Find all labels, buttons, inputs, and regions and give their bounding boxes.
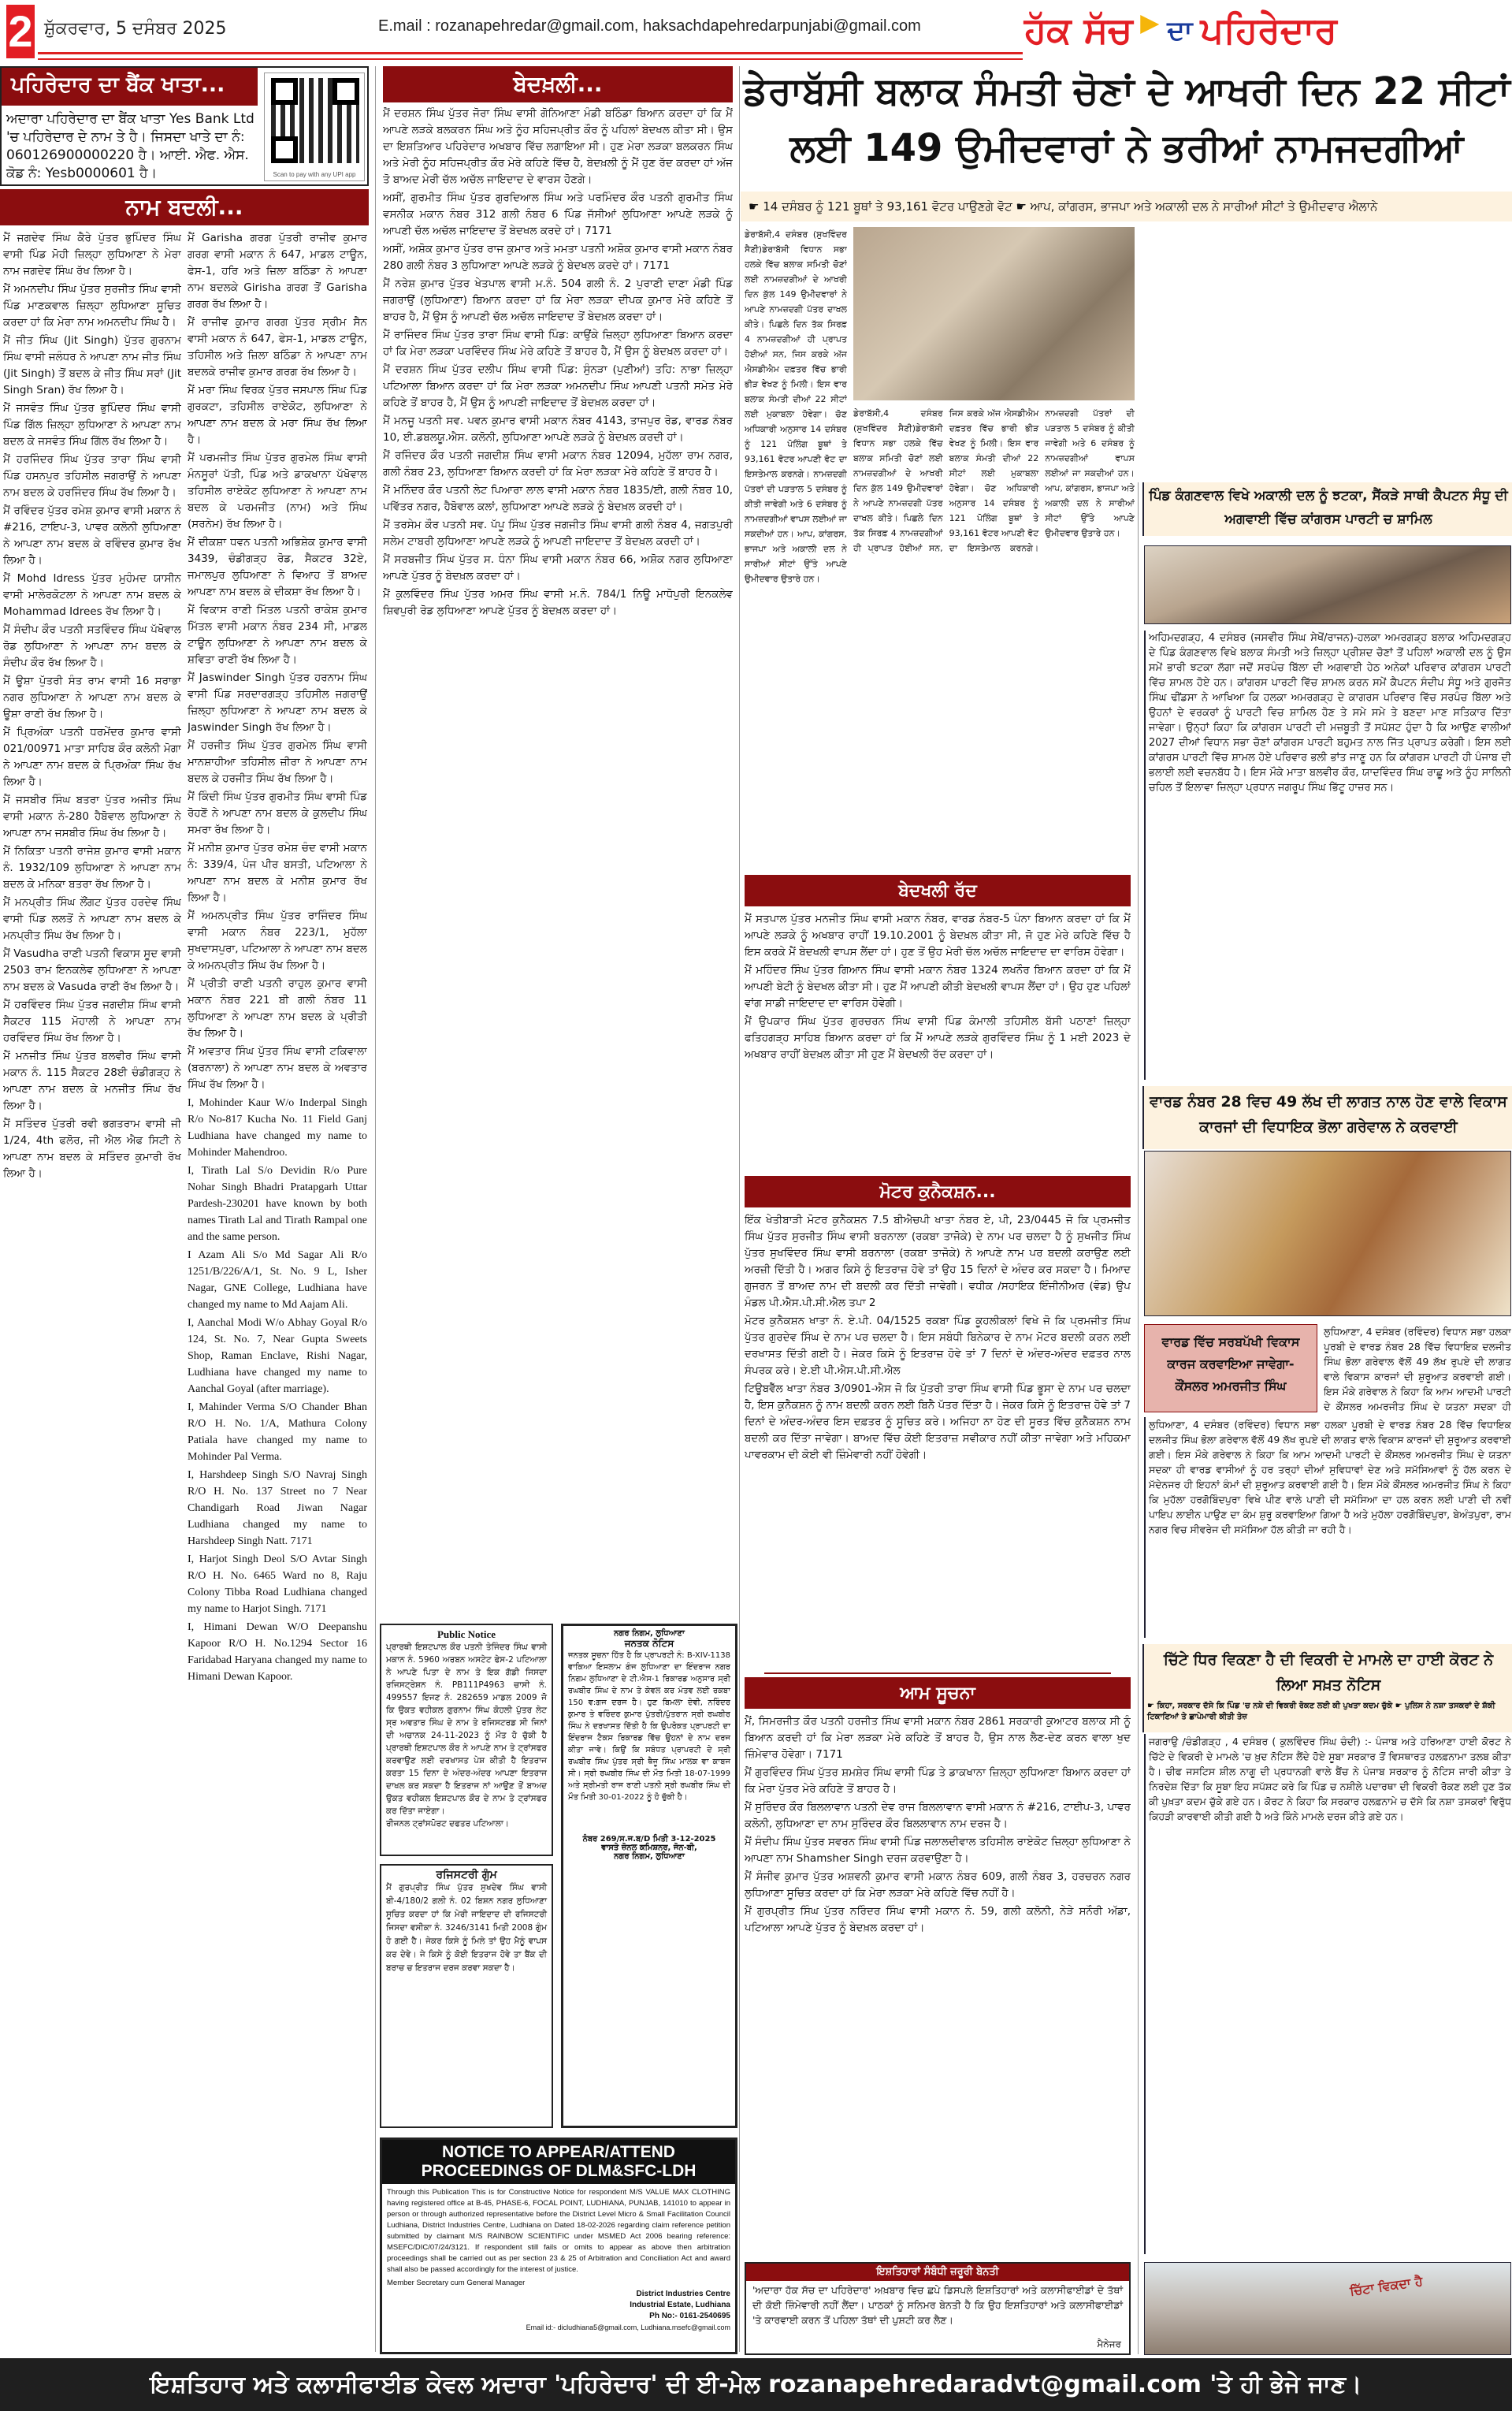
list-item: ਮੋਟਰ ਕੁਨੈਕਸ਼ਨ ਖਾਤਾ ਨੰ. ਏ.ਪੀ. 04/1525 ਰਕਬ… bbox=[745, 1313, 1131, 1379]
qr-corner-icon bbox=[271, 136, 298, 163]
list-item: ਮੈਂ ਜੀਤ ਸਿੰਘ (Jit Singh) ਪੁੱਤਰ ਗੁਰਨਾਮ ਸਿ… bbox=[3, 333, 181, 399]
dic-notice: NOTICE TO APPEAR/ATTEND PROCEEDINGS OF D… bbox=[380, 2138, 737, 2354]
list-item: ਮੈਂ ਪ੍ਰੀਤੀ ਰਾਣੀ ਪਤਨੀ ਰਾਹੁਲ ਕੁਮਾਰ ਵਾਸੀ ਮਕ… bbox=[188, 976, 367, 1042]
list-item: ਮੈਂ Vasudha ਰਾਣੀ ਪਤਨੀ ਵਿਕਾਸ ਸੂਦ ਵਾਸੀ 250… bbox=[3, 946, 181, 995]
registry-lost-notice: ਰਜਿਸਟਰੀ ਗੁੰਮ ਮੈਂ ਗੁਰਪ੍ਰੀਤ ਸਿੰਘ ਪੁੱਤਰ ਸੁਖ… bbox=[380, 1864, 553, 2128]
masthead-logo: ਹੱਕ ਸੱਚ ਦਾ ਪਹਿਰੇਦਾਰ bbox=[1024, 6, 1505, 55]
registry-lost-body: ਮੈਂ ਗੁਰਪ੍ਰੀਤ ਸਿੰਘ ਪੁੱਤਰ ਸੁਖਦੇਵ ਸਿੰਘ ਵਾਸੀ… bbox=[386, 1881, 547, 1975]
lead-story-strap: ☛ 14 ਦਸੰਬਰ ਨੂੰ 121 ਬੂਥਾਂ ਤੇ 93,161 ਵੋਟਰ … bbox=[741, 192, 1512, 221]
lead-story-headline: ਡੇਰਾਬੱਸੀ ਬਲਾਕ ਸੰਮਤੀ ਚੋਣਾਂ ਦੇ ਆਖਰੀ ਦਿਨ 22… bbox=[741, 63, 1512, 177]
list-item-english: I, Mohinder Kaur W/o Inderpal Singh R/o … bbox=[188, 1095, 367, 1161]
qr-caption: Scan to pay with any UPI app bbox=[265, 171, 364, 178]
story2-headline: ਵਾਰਡ ਨੰਬਰ 28 ਵਿਚ 49 ਲੱਖ ਦੀ ਲਾਗਤ ਨਾਲ ਹੋਣ … bbox=[1144, 1086, 1512, 1143]
upi-qr-code[interactable]: Scan to pay with any UPI app bbox=[264, 73, 365, 181]
list-item: ਮੈਂ ਮਹਿੰਦਰ ਸਿੰਘ ਪੁੱਤਰ ਗਿਆਨ ਸਿੰਘ ਵਾਸੀ ਮਕਾ… bbox=[745, 962, 1131, 1012]
cancel-eviction-title: ਬੇਦਖਲੀ ਰੱਦ bbox=[745, 875, 1131, 906]
logo-text-3: ਪਹਿਰੇਦਾਰ bbox=[1201, 9, 1337, 53]
divider bbox=[764, 1672, 1111, 1674]
bank-account-box: ਪਹਿਰੇਦਾਰ ਦਾ ਬੈਂਕ ਖਾਤਾ... ਅਦਾਰਾ ਪਹਿਰੇਦਾਰ … bbox=[0, 66, 369, 186]
list-item: ਮੈਂ ਗੁਰਪ੍ਰੀਤ ਸਿੰਘ ਪੁੱਤਰ ਨਰਿੰਦਰ ਸਿੰਘ ਵਾਸੀ… bbox=[745, 1903, 1131, 1937]
general-notice-title: ਆਮ ਸੂਚਨਾ bbox=[745, 1677, 1131, 1709]
list-item: ਮੈਂ ਹਰਵਿੰਦਰ ਸਿੰਘ ਪੁੱਤਰ ਜਗਦੀਸ਼ ਸਿੰਘ ਵਾਸੀ … bbox=[3, 997, 181, 1047]
list-item-english: I Azam Ali S/o Md Sagar Ali R/o 1251/B/2… bbox=[188, 1247, 367, 1313]
bank-box-body: ਅਦਾਰਾ ਪਹਿਰੇਦਾਰ ਦਾ ਬੈਂਕ ਖਾਤਾ Yes Bank Ltd… bbox=[6, 110, 255, 183]
list-item: ਮੈਂ ਸੁਰਿੰਦਰ ਕੌਰ ਬਿਲਲਾਵਾਨ ਪਤਨੀ ਦੇਵ ਰਾਜ ਬਿ… bbox=[745, 1799, 1131, 1832]
eviction-list: ਮੈਂ ਦਰਸ਼ਨ ਸਿੰਘ ਪੁੱਤਰ ਜੋਰਾ ਸਿੰਘ ਵਾਸੀ ਗੋਨਿ… bbox=[383, 106, 733, 1611]
list-item: ਮੈਂ ਊਸ਼ਾ ਪੁੱਤਰੀ ਸੰਤ ਰਾਮ ਵਾਸੀ 16 ਸਰਾਭਾ ਨਗ… bbox=[3, 673, 181, 723]
story2-callout: ਵਾਰਡ ਵਿੱਚ ਸਰਬਪੱਖੀ ਵਿਕਾਸ ਕਾਰਜ ਕਰਵਾਇਆ ਜਾਵੇ… bbox=[1144, 1324, 1317, 1412]
disclaimer-sign: ਮੈਨੇਜਰ bbox=[1097, 2338, 1121, 2350]
dic-notice-title: NOTICE TO APPEAR/ATTEND PROCEEDINGS OF D… bbox=[382, 2140, 735, 2184]
dic-org-1: District Industries Centre bbox=[387, 2289, 730, 2300]
story3-strap: ☛ ਕਿਹਾ, ਸਰਕਾਰ ਦੱਸੇ ਕਿ ਪਿੰਡ 'ਚ ਨਸ਼ੇ ਦੀ ਵਿ… bbox=[1144, 1701, 1512, 1723]
list-item: ਮੈਂ ਨਰੇਸ਼ ਕੁਮਾਰ ਪੁੱਤਰ ਖੇਤਪਾਲ ਵਾਸੀ ਮ.ਨੰ. … bbox=[383, 276, 733, 326]
list-item: ਮੈਂ, ਸਿਮਰਜੀਤ ਕੌਰ ਪਤਨੀ ਹਰਜੀਤ ਸਿੰਘ ਵਾਸੀ ਮਕ… bbox=[745, 1713, 1131, 1763]
headline-line-1: ਡੇਰਾਬੱਸੀ ਬਲਾਕ ਸੰਮਤੀ ਚੋਣਾਂ ਦੇ ਆਖਰੀ ਦਿਨ 22… bbox=[741, 63, 1512, 120]
header-rule bbox=[38, 52, 1023, 60]
public-notice-title: Public Notice bbox=[386, 1628, 547, 1641]
dic-org-2: Industrial Estate, Ludhiana bbox=[387, 2300, 730, 2311]
disclaimer-title: ਇਸ਼ਤਿਹਾਰਾਂ ਸੰਬੰਧੀ ਜ਼ਰੂਰੀ ਬੇਨਤੀ bbox=[746, 2264, 1129, 2281]
public-notice-signature: ਰੀਜਨਲ ਟ੍ਰਾਂਸਪੋਰਟ ਦਫਤਰ ਪਟਿਆਲਾ। bbox=[386, 1818, 547, 1830]
list-item: ਮੈਂ Jaswinder Singh ਪੁੱਤਰ ਹਰਨਾਮ ਸਿੰਘ ਵਾਸ… bbox=[188, 670, 367, 736]
lead-story-body-cont: ਡੇਰਾਬੱਸੀ,4 ਦਸੰਬਰ (ਸੁਖਵਿੰਦਰ ਸੈਣੀ)ਡੇਰਾਬੱਸੀ… bbox=[853, 406, 1135, 871]
story2-body: ਲੁਧਿਆਣਾ, 4 ਦਸੰਬਰ (ਰਵਿੰਦਰ) ਵਿਧਾਨ ਸਭਾ ਹਲਕਾ… bbox=[1324, 1324, 1511, 1412]
list-item: ਮੈਂ ਸੰਦੀਪ ਕੌਰ ਪਤਨੀ ਸਤਵਿੰਦਰ ਸਿੰਘ ਪੱਖੋਵਾਲ … bbox=[3, 622, 181, 672]
list-item: ਮੈਂ ਹਰਜਿੰਦਰ ਸਿੰਘ ਪੁੱਤਰ ਤਾਰਾ ਸਿੰਘ ਵਾਸੀ ਪਿ… bbox=[3, 452, 181, 501]
disclaimer-body: 'ਅਦਾਰਾ ਹੱਕ ਸੱਚ ਦਾ ਪਹਿਰੇਦਾਰ' ਅਖ਼ਬਾਰ ਵਿਚ ਛ… bbox=[746, 2281, 1129, 2329]
list-item: ਮੈਂ ਪ੍ਰਿਅੰਕਾ ਪਤਨੀ ਧਰਮੇਂਦਰ ਕੁਮਾਰ ਵਾਸੀ 021… bbox=[3, 724, 181, 791]
list-item-english: I, Himani Dewan W/O Deepanshu Kapoor R/O… bbox=[188, 1619, 367, 1685]
dic-notice-address: District Industries Centre Industrial Es… bbox=[382, 2287, 735, 2335]
story3-body: ਜਗਰਾਉ /ਚੰਡੀਗੜ੍ਹ , 4 ਦਸੰਬਰ ( ਕੁਲਵਿੰਦਰ ਸਿੰ… bbox=[1144, 1734, 1511, 2254]
list-item: ਮੈਂ ਜਗਦੇਵ ਸਿੰਘ ਕੈਰੇ ਪੁੱਤਰ ਭੁਪਿੰਦਰ ਸਿੰਘ ਵ… bbox=[3, 230, 181, 280]
public-notice-vehicle: Public Notice ਪ੍ਰਾਰਥੀ ਇਸ਼ਟਪਾਲ ਕੌਰ ਪਤਨੀ ਤ… bbox=[380, 1624, 553, 1856]
mc-notice-sign-1: ਵਾਸਤੇ ਜ਼ੋਨਲ ਕਮਿਸ਼ਨਰ, ਜੋਨ-ਬੀ, bbox=[568, 1844, 730, 1852]
list-item: ਮੈਂ ਦਰਸ਼ਨ ਸਿੰਘ ਪੁੱਤਰ ਦਲੀਪ ਸਿੰਘ ਵਾਸੀ ਪਿੰਡ… bbox=[383, 362, 733, 411]
page-number: 2 bbox=[6, 5, 35, 58]
list-item: ਮੈਂ ਰਾਜਿੰਦਰ ਸਿੰਘ ਪੁੱਤਰ ਤਾਰਾ ਸਿੰਘ ਵਾਸੀ ਪਿ… bbox=[383, 327, 733, 360]
list-item: ਮੈਂ ਕੁਲਵਿੰਦਰ ਸਿੰਘ ਪੁੱਤਰ ਅਮਰ ਸਿੰਘ ਵਾਸੀ ਮ.… bbox=[383, 586, 733, 619]
list-item: ਮੈਂ Mohd Idress ਪੁੱਤਰ ਮੁਹੰਮਦ ਯਾਸੀਨ ਵਾਸੀ … bbox=[3, 571, 181, 620]
list-item: ਮੈਂ ਅਮਨਪ੍ਰੀਤ ਸਿੰਘ ਪੁੱਤਰ ਰਾਜਿੰਦਰ ਸਿੰਘ ਵਾਸ… bbox=[188, 908, 367, 974]
list-item-english: I, Aanchal Modi W/o Abhay Goyal R/o 124,… bbox=[188, 1315, 367, 1397]
name-change-column-1: ਮੈਂ ਜਗਦੇਵ ਸਿੰਘ ਕੈਰੇ ਪੁੱਤਰ ਭੁਪਿੰਦਰ ਸਿੰਘ ਵ… bbox=[3, 230, 181, 2350]
mc-notice-title: ਜਨਤਕ ਨੋਟਿਸ bbox=[568, 1638, 730, 1650]
list-item: ਮੈਂ ਜਸਬੀਰ ਸਿੰਘ ਬਤਰਾ ਪੁੱਤਰ ਅਜੀਤ ਸਿੰਘ ਵਾਸੀ… bbox=[3, 792, 181, 842]
list-item: ਮੈਂ ਸੰਜੀਵ ਕੁਮਾਰ ਪੁੱਤਰ ਅਸ਼ਵਨੀ ਕੁਮਾਰ ਵਾਸੀ … bbox=[745, 1869, 1131, 1902]
column-rule bbox=[739, 66, 740, 2352]
lead-story-body: ਡੇਰਾਬੱਸੀ,4 ਦਸੰਬਰ (ਸੁਖਵਿੰਦਰ ਸੈਣੀ)ਡੇਰਾਬੱਸੀ… bbox=[745, 227, 847, 873]
bank-box-title: ਪਹਿਰੇਦਾਰ ਦਾ ਬੈਂਕ ਖਾਤਾ... bbox=[2, 68, 258, 106]
mc-notice-sign-2: ਨਗਰ ਨਿਗਮ, ਲੁਧਿਆਣਾ bbox=[568, 1852, 730, 1861]
list-item: ਮੈਂ ਨਿਕਿਤਾ ਪਤਨੀ ਰਾਜੇਸ਼ ਕੁਮਾਰ ਵਾਸੀ ਮਕਾਨ ਨ… bbox=[3, 843, 181, 893]
mc-public-notice: ਨਗਰ ਨਿਗਮ, ਲੁਧਿਆਣਾ ਜਨਤਕ ਨੋਟਿਸ ਜਨਤਕ ਸੂਚਨਾ … bbox=[561, 1624, 737, 2128]
eviction-title: ਬੇਦਖ਼ਲੀ... bbox=[383, 66, 733, 102]
list-item: ਮੈਂ ਮਨਪ੍ਰੀਤ ਸਿੰਘ ਲੌਂਗਟ ਪੁੱਤਰ ਹਰਦੇਵ ਸਿੰਘ … bbox=[3, 895, 181, 944]
name-change-title: ਨਾਮ ਬਦਲੀ... bbox=[0, 189, 369, 225]
list-item: ਟਿਊਬਵੈੱਲ ਖਾਤਾ ਨੰਬਰ 3/0901-ਐਸ ਜੋ ਕਿ ਪੁੱਤਰ… bbox=[745, 1381, 1131, 1464]
dic-phone: Ph No:- 0161-2540695 bbox=[387, 2311, 730, 2322]
story2-callout-text: ਵਾਰਡ ਵਿੱਚ ਸਰਬਪੱਖੀ ਵਿਕਾਸ ਕਾਰਜ ਕਰਵਾਇਆ ਜਾਵੇ… bbox=[1151, 1331, 1310, 1397]
list-item-english: I, Tirath Lal S/o Devidin R/o Pure Nohar… bbox=[188, 1163, 367, 1245]
list-item: ਮੈਂ ਮਨੀਸ਼ ਕੁਮਾਰ ਪੁੱਤਰ ਰਮੇਸ਼ ਚੰਦ ਵਾਸੀ ਮਕਾ… bbox=[188, 840, 367, 906]
list-item: ਮੈਂ ਰਜਿੰਦਰ ਕੌਰ ਪਤਨੀ ਜਗਦੀਸ਼ ਸਿੰਘ ਵਾਸੀ ਮਕਾ… bbox=[383, 448, 733, 481]
motor-connection-list: ਇੱਕ ਖੇਤੀਬਾੜੀ ਮੋਟਰ ਕੁਨੈਕਸ਼ਨ 7.5 ਬੀਐਚਪੀ ਖਾ… bbox=[745, 1212, 1131, 1669]
list-item: ਮੈਂ ਅਮਨਦੀਪ ਸਿੰਘ ਪੁੱਤਰ ਸੁਰਜੀਤ ਸਿੰਘ ਵਾਸੀ ਪ… bbox=[3, 281, 181, 331]
qr-corner-icon bbox=[332, 78, 359, 105]
list-item: ਮੈਂ ਮਨਜੂ ਪਤਨੀ ਸਵ. ਪਵਨ ਕੁਮਾਰ ਵਾਸੀ ਮਕਾਨ ਨੰ… bbox=[383, 413, 733, 446]
list-item: ਮੈਂ ਸਤਿੰਦਰ ਪੁੱਤਰੀ ਰਵੀ ਭਗਤਰਾਮ ਵਾਸੀ ਜੀ 1/2… bbox=[3, 1116, 181, 1182]
list-item: ਇੱਕ ਖੇਤੀਬਾੜੀ ਮੋਟਰ ਕੁਨੈਕਸ਼ਨ 7.5 ਬੀਐਚਪੀ ਖਾ… bbox=[745, 1212, 1131, 1312]
column-rule bbox=[1138, 482, 1139, 2354]
story3-photo: ਚਿੱਟਾ ਵਿਕਦਾ ਹੈ bbox=[1144, 2262, 1511, 2355]
column-rule bbox=[375, 66, 376, 2352]
cancel-eviction-list: ਮੈਂ ਸਤਪਾਲ ਪੁੱਤਰ ਮਨਜੀਤ ਸਿੰਘ ਵਾਸੀ ਮਕਾਨ ਨੰਬ… bbox=[745, 911, 1131, 1171]
headline-line-2: ਲਈ 149 ਉਮੀਦਵਾਰਾਂ ਨੇ ਭਰੀਆਂ ਨਾਮਜਦਗੀਆਂ bbox=[741, 120, 1512, 177]
qr-corner-icon bbox=[271, 78, 298, 105]
ad-disclaimer-box: ਇਸ਼ਤਿਹਾਰਾਂ ਸੰਬੰਧੀ ਜ਼ਰੂਰੀ ਬੇਨਤੀ 'ਅਦਾਰਾ ਹੱ… bbox=[745, 2262, 1131, 2355]
registry-lost-title: ਰਜਿਸਟਰੀ ਗੁੰਮ bbox=[386, 1869, 547, 1881]
footer-banner: ਇਸ਼ਤਿਹਾਰ ਅਤੇ ਕਲਾਸੀਫਾਈਡ ਕੇਵਲ ਅਦਾਰਾ 'ਪਹਿਰੇ… bbox=[0, 2358, 1512, 2411]
story1-headline: ਪਿੰਡ ਕੰਗਣਵਾਲ ਵਿਖੇ ਅਕਾਲੀ ਦਲ ਨੂੰ ਝਟਕਾ, ਸੈਂ… bbox=[1144, 482, 1512, 533]
list-item: ਅਸੀਂ, ਗੁਰਮੀਤ ਸਿੰਘ ਪੁੱਤਰ ਗੁਰਦਿਆਲ ਸਿੰਘ ਅਤੇ… bbox=[383, 190, 733, 240]
story2-photo bbox=[1144, 1151, 1511, 1316]
list-item: ਮੈਂ ਕਿੰਦੀ ਸਿੰਘ ਪੁੱਤਰ ਗੁਰਮੀਤ ਸਿੰਘ ਵਾਸੀ ਪਿ… bbox=[188, 789, 367, 839]
story3-headline-box: ਚਿੱਟੇ ਧਿਰ ਵਿਕਣਾ ਹੈ ਦੀ ਵਿਕਰੀ ਦੇ ਮਾਮਲੇ ਦਾ … bbox=[1142, 1644, 1512, 1732]
story1-headline-box: ਪਿੰਡ ਕੰਗਣਵਾਲ ਵਿਖੇ ਅਕਾਲੀ ਦਲ ਨੂੰ ਝਟਕਾ, ਸੈਂ… bbox=[1142, 482, 1512, 536]
name-change-column-2: ਮੈਂ Garisha ਗਰਗ ਪੁੱਤਰੀ ਰਾਜੀਵ ਕੁਮਾਰ ਗਰਗ ਵ… bbox=[188, 230, 367, 2350]
list-item: ਮੈਂ ਵਿਕਾਸ ਰਾਣੀ ਮਿੱਤਲ ਪਤਨੀ ਰਾਕੇਸ਼ ਕੁਮਾਰ ਮ… bbox=[188, 602, 367, 668]
list-item: ਮੈਂ ਗੁਰਵਿੰਦਰ ਸਿੰਘ ਪੁੱਤਰ ਸ਼ਮਸ਼ੇਰ ਸਿੰਘ ਵਾਸ… bbox=[745, 1765, 1131, 1798]
dic-email: Email id:- dicludhiana5@gmail.com, Ludhi… bbox=[387, 2322, 730, 2333]
list-item-english: I, Mahinder Verma S/O Chander Bhan R/O H… bbox=[188, 1399, 367, 1465]
story3-headline: ਚਿੱਟੇ ਧਿਰ ਵਿਕਣਾ ਹੈ ਦੀ ਵਿਕਰੀ ਦੇ ਮਾਮਲੇ ਦਾ … bbox=[1144, 1644, 1512, 1701]
list-item: ਮੈਂ ਜਸਵੰਤ ਸਿੰਘ ਪੁੱਤਰ ਭੁਪਿੰਦਰ ਸਿੰਘ ਵਾਸੀ ਪ… bbox=[3, 400, 181, 450]
list-item: ਮੈਂ ਦੀਕਸ਼ਾ ਧਵਨ ਪਤਨੀ ਅਭਿਸ਼ੇਕ ਕੁਮਾਰ ਵਾਸੀ 3… bbox=[188, 534, 367, 601]
public-notice-body: ਪ੍ਰਾਰਥੀ ਇਸ਼ਟਪਾਲ ਕੌਰ ਪਤਨੀ ਤੇਜਿੰਦਰ ਸਿੰਘ ਵਾ… bbox=[386, 1641, 547, 1818]
list-item: ਮੈਂ ਹਰਜੀਤ ਸਿੰਘ ਪੁੱਤਰ ਗੁਰਮੇਲ ਸਿੰਘ ਵਾਸੀ ਮਾ… bbox=[188, 738, 367, 787]
contact-email: E.mail : rozanapehredar@gmail.com, haksa… bbox=[378, 17, 921, 35]
list-item: ਮੈਂ ਮਨਜੀਤ ਸਿੰਘ ਪੁੱਤਰ ਬਲਵੀਰ ਸਿੰਘ ਵਾਸੀ ਮਕਾ… bbox=[3, 1048, 181, 1114]
list-item: ਅਸੀਂ, ਅਸ਼ੋਕ ਕੁਮਾਰ ਪੁੱਤਰ ਰਾਜ ਕੁਮਾਰ ਅਤੇ ਮਮ… bbox=[383, 241, 733, 274]
dic-notice-body: Through this Publication This is for Con… bbox=[382, 2184, 735, 2279]
story2-headline-box: ਵਾਰਡ ਨੰਬਰ 28 ਵਿਚ 49 ਲੱਖ ਦੀ ਲਾਗਤ ਨਾਲ ਹੋਣ … bbox=[1142, 1086, 1512, 1149]
list-item: ਮੈਂ ਅਵਤਾਰ ਸਿੰਘ ਪੁੱਤਰ ਸਿੰਘ ਵਾਸੀ ਟਕਿਵਾਲਾ (… bbox=[188, 1044, 367, 1093]
general-notice-list: ਮੈਂ, ਸਿਮਰਜੀਤ ਕੌਰ ਪਤਨੀ ਹਰਜੀਤ ਸਿੰਘ ਵਾਸੀ ਮਕ… bbox=[745, 1713, 1131, 2257]
logo-text-2: ਦਾ bbox=[1167, 15, 1192, 47]
list-item: ਮੈਂ ਰਵਿੰਦਰ ਪੁੱਤਰ ਰਮੇਸ਼ ਕੁਮਾਰ ਵਾਸੀ ਮਕਾਨ ਨ… bbox=[3, 503, 181, 569]
list-item: ਮੈਂ ਰਾਜੀਵ ਕੁਮਾਰ ਗਰਗ ਪੁੱਤਰ ਸ੍ਰੀਮ ਸੈਨ ਵਾਸੀ… bbox=[188, 314, 367, 381]
mc-notice-body: ਜਨਤਕ ਸੂਚਨਾ ਹਿੱਤ ਹੈ ਕਿ ਪ੍ਰਾਪਰਟੀ ਨੰ: B-XIV… bbox=[568, 1650, 730, 1803]
list-item: ਮੈਂ ਮਨਿੰਦਰ ਕੌਰ ਪਤਨੀ ਲੇਟ ਪਿਆਰਾ ਲਾਲ ਵਾਸੀ ਮ… bbox=[383, 482, 733, 515]
list-item: ਮੈਂ ਸਤਪਾਲ ਪੁੱਤਰ ਮਨਜੀਤ ਸਿੰਘ ਵਾਸੀ ਮਕਾਨ ਨੰਬ… bbox=[745, 911, 1131, 961]
mc-notice-ref: ਨੰਬਰ 269/ਸ.ਜ.ਬ/D ਮਿਤੀ 3-12-2025 bbox=[568, 1835, 730, 1844]
list-item: ਮੈਂ Garisha ਗਰਗ ਪੁੱਤਰੀ ਰਾਜੀਵ ਕੁਮਾਰ ਗਰਗ ਵ… bbox=[188, 230, 367, 313]
list-item: ਮੈਂ ਸਰਬਜੀਤ ਸਿੰਘ ਪੁੱਤਰ ਸ. ਧੰਨਾ ਸਿੰਘ ਵਾਸੀ … bbox=[383, 552, 733, 585]
motor-connection-title: ਮੋਟਰ ਕੁਨੈਕਸ਼ਨ... bbox=[745, 1176, 1131, 1207]
flag-icon bbox=[1140, 15, 1159, 47]
list-item: ਮੈਂ ਤਰਸੇਮ ਕੌਰ ਪਤਨੀ ਸਵ. ਪੱਪੂ ਸਿੰਘ ਪੁੱਤਰ ਜ… bbox=[383, 517, 733, 550]
list-item: ਮੈਂ ਸੰਦੀਪ ਸਿੰਘ ਪੁੱਤਰ ਸਵਰਨ ਸਿੰਘ ਵਾਸੀ ਪਿੰਡ… bbox=[745, 1834, 1131, 1867]
list-item: ਮੈਂ ਪਰਮਜੀਤ ਸਿੰਘ ਪੁੱਤਰ ਗੁਰਮੇਲ ਸਿੰਘ ਵਾਸੀ ਮ… bbox=[188, 450, 367, 533]
story1-photo bbox=[1144, 545, 1511, 624]
lead-story-photo bbox=[853, 227, 1135, 400]
list-item-english: I, Harshdeep Singh S/O Navraj Singh R/O … bbox=[188, 1467, 367, 1550]
story2-body-cont: ਲੁਧਿਆਣਾ, 4 ਦਸੰਬਰ (ਰਵਿੰਦਰ) ਵਿਧਾਨ ਸਭਾ ਹਲਕਾ… bbox=[1144, 1417, 1511, 1638]
list-item-english: I, Harjot Singh Deol S/O Avtar Singh R/O… bbox=[188, 1551, 367, 1617]
list-item: ਮੈਂ ਮਰਾ ਸਿੰਘ ਵਿਰਕ ਪੁੱਤਰ ਜਸਪਾਲ ਸਿੰਘ ਪਿੰਡ … bbox=[188, 382, 367, 448]
list-item: ਮੈਂ ਉਪਕਾਰ ਸਿੰਘ ਪੁੱਤਰ ਗੁਰਚਰਨ ਸਿੰਘ ਵਾਸੀ ਪਿ… bbox=[745, 1014, 1131, 1063]
list-item: ਮੈਂ ਦਰਸ਼ਨ ਸਿੰਘ ਪੁੱਤਰ ਜੋਰਾ ਸਿੰਘ ਵਾਸੀ ਗੋਨਿ… bbox=[383, 106, 733, 188]
issue-date: ਸ਼ੁੱਕਰਵਾਰ, 5 ਦਸੰਬਰ 2025 bbox=[44, 19, 227, 39]
logo-text-1: ਹੱਕ ਸੱਚ bbox=[1024, 9, 1132, 53]
story3-photo-sign: ਚਿੱਟਾ ਵਿਕਦਾ ਹੈ bbox=[1349, 2274, 1424, 2300]
mc-notice-org: ਨਗਰ ਨਿਗਮ, ਲੁਧਿਆਣਾ bbox=[568, 1629, 730, 1638]
story1-body: ਅਹਿਮਦਗੜ੍ਹ, 4 ਦਸੰਬਰ (ਜਸਵੀਰ ਸਿੰਘ ਸੇਖੋਂ/ਰਾਜ… bbox=[1144, 631, 1511, 1080]
dic-notice-signer: Member Secretary cum General Manager bbox=[382, 2279, 735, 2287]
